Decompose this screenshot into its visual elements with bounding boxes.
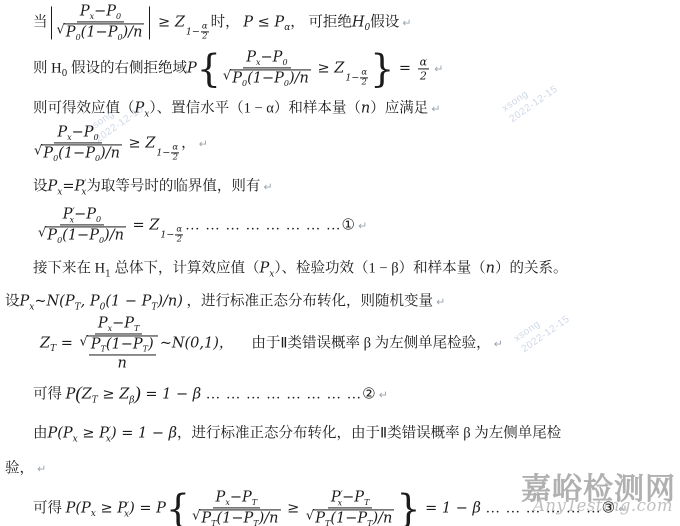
square-root: √P0(1−P0)/n	[38, 227, 126, 246]
document-page: xsong2022-12-15 xsong2022-12-15 xsong202…	[0, 0, 680, 526]
right-brace: }	[396, 486, 420, 526]
tiny-den: 2	[173, 153, 178, 162]
math-token: P	[47, 228, 57, 244]
denominator: √PT(1−PT)/n	[306, 509, 394, 526]
math-token: )/n	[104, 228, 124, 244]
text-line-5: 设Px=P′x为取等号时的临界值，则有↵	[33, 175, 273, 198]
text-line-11: 由P(Px ≥ P′x) = 1 − β，进行标准正态分布转化，由于Ⅱ类错误概率…	[33, 422, 561, 445]
math-token: (1−P	[330, 511, 367, 526]
tiny-den: 2	[177, 235, 182, 244]
math-token: P	[232, 71, 242, 87]
math-token: )/n	[100, 146, 120, 162]
formula-line-6: P′x−P0√P0(1−P0)/n = Z1−α2… … … … … … … ……	[36, 206, 367, 245]
denominator: √PT(1−PT)/n	[192, 509, 280, 526]
return-mark-icon: ↵	[379, 389, 388, 402]
radicand: PT(1−PT)n	[87, 336, 158, 373]
h-symbol: H	[352, 14, 365, 30]
text-hypothesis: 假设	[370, 14, 399, 30]
dot-leader: … … … … … … … …	[206, 387, 362, 403]
alpha-half-fraction: α2	[418, 55, 429, 82]
text: 可得	[33, 387, 66, 403]
square-root: √P0(1−P0)/n	[57, 24, 145, 43]
math-token: −P	[261, 49, 283, 65]
inner-numerator: PT(1−PT)	[89, 337, 156, 356]
left-paren: (	[75, 383, 81, 404]
dot-leader: … … … … … …	[485, 500, 601, 516]
math-token: )/n	[289, 71, 309, 87]
math-token: P(P	[48, 426, 73, 442]
z-subscript: 1−α2	[186, 22, 209, 42]
math-token: )/n	[372, 511, 392, 526]
math-token: ~N(0,1)，	[160, 335, 234, 351]
geq-sign: ≥	[98, 387, 119, 403]
return-mark-icon: ↵	[402, 16, 411, 29]
text: 为取等号时的临界值，则有	[86, 179, 260, 195]
text: 可得	[33, 500, 66, 516]
fraction-zt: Px−PT√PT(1−PT)n	[79, 315, 157, 372]
equation-number-2: ②	[362, 385, 375, 403]
math-sub: 0	[116, 12, 121, 21]
numerator: Px−P0	[54, 124, 101, 143]
p-alpha: P	[274, 14, 284, 30]
math-token: −P	[230, 489, 252, 505]
dot-leader: … … … … … … … …	[185, 217, 341, 233]
formula-line-4: Px−P0√P0(1−P0)/n ≥ Z1−α2，↵	[32, 124, 208, 163]
math-token: P	[66, 25, 76, 41]
math-token: P	[43, 146, 53, 162]
radicand: PT(1−PT)/n	[313, 510, 394, 526]
fraction-xt: Px−PT√PT(1−PT)/n	[192, 489, 280, 526]
square-root: √P0(1−P0)/n	[34, 145, 122, 164]
math-token: (1−P	[217, 511, 254, 526]
formula-line-13: 可得 P(Px ≥ P′x) = P{Px−PT√PT(1−PT)/n ≥ P′…	[33, 489, 627, 526]
numerator: P′x−PT	[328, 489, 373, 508]
square-root: √PT(1−PT)n	[79, 336, 157, 373]
text: ）应满足	[370, 101, 428, 117]
text: 假设的右侧拒绝域	[67, 60, 187, 76]
formula-line-2: 则 H0 假设的右侧拒绝域P{Px−P0√P0(1−P0)/n ≥ Z1−α2}…	[33, 49, 443, 88]
square-root: √PT(1−PT)/n	[306, 510, 394, 526]
z-subscript: 1−α2	[156, 143, 179, 163]
equation-number-3: ③	[602, 498, 615, 516]
math-sub: 0	[96, 215, 101, 224]
eq-sign: =	[128, 217, 149, 233]
comma: ，	[181, 135, 196, 151]
sub-pre: 1−	[186, 26, 200, 37]
sub-pre: 1−	[160, 229, 174, 240]
text: 总体下，计算效应值（	[111, 261, 260, 277]
formula-line-9: ZT = Px−PT√PT(1−PT)n~N(0,1)，由于Ⅱ类错误概率 β 为…	[40, 315, 503, 372]
math-token: ~N(P	[34, 294, 74, 310]
math-token: P	[201, 511, 211, 526]
text: 则 H	[33, 60, 62, 76]
math-token: −P	[72, 124, 94, 140]
text: ）、置信水平（1 − α）和样本量（	[149, 101, 361, 117]
fraction-xt-prime: P′x−PT√PT(1−PT)/n	[306, 489, 394, 526]
math-token: −P	[74, 206, 96, 222]
return-mark-icon: ↵	[358, 219, 367, 232]
sub-pre: 1−	[345, 72, 359, 83]
math-token: −P	[342, 489, 364, 505]
math-token: P	[246, 49, 256, 65]
tiny-fraction: α2	[175, 225, 183, 245]
math-token: P	[80, 3, 90, 19]
math-token: P	[315, 511, 325, 526]
leq-sign: ≤	[253, 14, 274, 30]
right-paren: )	[134, 383, 140, 404]
math-token: (1−P	[247, 71, 284, 87]
return-mark-icon: ↵	[436, 296, 445, 309]
p-symbol: P	[187, 60, 197, 76]
radicand: P0(1−P0)/n	[45, 227, 126, 246]
math-token: ≥ P	[96, 500, 127, 516]
geq-sign: ≥	[313, 60, 334, 76]
math-token: P	[98, 315, 108, 331]
left-brace: {	[166, 486, 190, 526]
z-subscript: 1−α2	[160, 225, 183, 245]
return-mark-icon: ↵	[199, 137, 208, 150]
denominator: √P0(1−P0)/n	[57, 23, 145, 43]
math-token: )/n	[259, 511, 279, 526]
geq-sign: ≥	[283, 500, 304, 516]
z-symbol: Z	[175, 14, 185, 30]
eq-sign: =	[56, 335, 77, 351]
formula-line-10: 可得 P(ZT ≥ Zβ) = 1 − β … … … … … … … …②↵	[33, 383, 388, 406]
math-token: −P	[112, 315, 134, 331]
denominator: √P0(1−P0)/n	[34, 144, 122, 164]
z-symbol: Z	[145, 135, 155, 151]
z-symbol: Z	[149, 217, 159, 233]
text: 验，	[5, 461, 34, 477]
text-dang: 当	[33, 14, 48, 30]
text: 设	[5, 294, 20, 310]
p-symbol: P	[243, 14, 253, 30]
text-reject: ， 可拒绝	[290, 14, 352, 30]
geq-sign: ≥	[153, 14, 174, 30]
math-token: P	[57, 124, 67, 140]
tiny-fraction: α2	[171, 143, 179, 163]
z-symbol: Z	[82, 387, 92, 403]
numerator: Px−P0	[77, 3, 124, 22]
numerator: Px−PT	[213, 489, 261, 508]
tiny-fraction: α2	[360, 68, 368, 88]
numerator: Px−P0	[243, 49, 290, 68]
return-mark-icon: ↵	[618, 502, 627, 515]
math-sub: T	[364, 498, 369, 507]
n-symbol: n	[486, 261, 495, 277]
math-sub: T	[134, 324, 139, 333]
text: ，进行标准正态分布转化，则随机变量	[183, 294, 433, 310]
equation-number-1: ①	[342, 215, 355, 233]
math-sub: 0	[282, 58, 287, 67]
text: 由	[33, 426, 48, 442]
watermark-stamp-3: xsong2022-12-15	[512, 302, 573, 356]
text: 设	[33, 179, 48, 195]
left-brace: {	[197, 46, 221, 90]
text-line-8: 设Px~N(PT, P0(1 − PT)/n) ，进行标准正态分布转化，则随机变…	[5, 290, 445, 313]
p-symbol: P	[20, 294, 30, 310]
math-token: (1−P	[81, 25, 118, 41]
z-symbol: Z	[40, 335, 50, 351]
text: ，进行标准正态分布转化，由于Ⅱ类错误概率 β 为左侧单尾检	[177, 426, 561, 442]
math-token: −P	[94, 3, 116, 19]
math-token: ) = P	[129, 500, 166, 516]
inner-fraction: PT(1−PT)n	[89, 337, 156, 373]
math-token: , P	[81, 294, 100, 310]
math-token: = 1 − β	[141, 387, 206, 403]
text: 则可得效应值（	[33, 101, 135, 117]
radicand: PT(1−PT)/n	[199, 510, 280, 526]
p-symbol: P	[135, 101, 145, 117]
math-token: = 1 − β	[421, 500, 486, 516]
math-token: (1 − P	[105, 294, 151, 310]
geq-sign: ≥	[124, 135, 145, 151]
math-token: ) = 1 − β	[111, 426, 177, 442]
return-mark-icon: ↵	[37, 463, 46, 476]
math-sub: T	[252, 498, 257, 507]
numerator: α	[418, 55, 429, 69]
math-sub: 0	[94, 133, 99, 142]
square-root: √PT(1−PT)/n	[192, 510, 280, 526]
math-token: P	[91, 337, 101, 353]
text: ）的关系。	[495, 261, 568, 277]
return-mark-icon: ↵	[263, 181, 272, 194]
n-symbol: n	[361, 101, 370, 117]
text-line-7: 接下来在 H1 总体下，计算效应值（Px）、检验功效（1 − β）和样本量（n）…	[33, 257, 567, 280]
math-token: (1−P	[106, 337, 143, 353]
radicand: P0(1−P0)/n	[230, 70, 311, 89]
math-token: )/n)	[157, 294, 183, 310]
z-subscript: 1−α2	[345, 68, 368, 88]
text-line-3: 则可得效应值（Px）、置信水平（1 − α）和样本量（n）应满足↵	[33, 97, 440, 120]
inner-denominator: n	[118, 355, 127, 372]
math-token: P	[216, 489, 226, 505]
denominator: √P0(1−P0)/n	[38, 226, 126, 246]
radicand: P0(1−P0)/n	[41, 145, 122, 164]
eq-sign: =	[394, 60, 415, 76]
math-token: (1−P	[62, 228, 99, 244]
formula-line-1: 当Px−P0√P0(1−P0)/n ≥ Z1−α2时， P ≤ Pα， 可拒绝H…	[33, 3, 412, 42]
denominator: 2	[420, 70, 427, 83]
numerator: Px−PT	[95, 315, 143, 334]
tiny-den: 2	[202, 32, 207, 41]
z-symbol: Z	[334, 60, 344, 76]
denominator: √PT(1−PT)n	[79, 335, 157, 373]
eq-sign: =	[62, 179, 74, 195]
sub-pre: 1−	[156, 147, 170, 158]
math-token: P(P	[66, 500, 91, 516]
fraction-x0-prime: P′x−P0√P0(1−P0)/n	[38, 206, 126, 245]
watermark-stamp-2: xsong2022-12-15	[500, 72, 561, 126]
radicand: P0(1−P0)/n	[64, 24, 145, 43]
fraction-x0: Px−P0√P0(1−P0)/n	[34, 124, 122, 163]
abs-bar-left	[51, 7, 52, 40]
return-mark-icon: ↵	[431, 103, 440, 116]
tiny-fraction: α2	[201, 22, 209, 42]
fraction-x0: Px−P0√P0(1−P0)/n	[223, 49, 311, 88]
return-mark-icon: ↵	[434, 62, 443, 75]
text-shi: 时，	[211, 14, 244, 30]
right-brace: }	[370, 46, 394, 90]
math-token: )/n	[123, 25, 143, 41]
p-symbol: P	[66, 387, 76, 403]
text: 由于Ⅱ类错误概率 β 为左侧单尾检验，	[251, 335, 490, 351]
math-token: ≥ P	[78, 426, 109, 442]
tiny-den: 2	[361, 78, 366, 87]
text-line-12: 验，↵	[5, 457, 46, 478]
fraction-x0: Px−P0√P0(1−P0)/n	[57, 3, 145, 42]
numerator: P′x−P0	[60, 206, 104, 225]
math-token: (1−P	[58, 146, 95, 162]
abs-bar-right	[149, 7, 150, 40]
p-symbol: P	[48, 179, 58, 195]
text: 接下来在 H	[33, 261, 105, 277]
text: ）、检验功效（1 − β）和样本量（	[274, 261, 485, 277]
return-mark-icon: ↵	[494, 337, 503, 350]
math-token: )	[148, 337, 154, 353]
p-symbol: P	[259, 261, 269, 277]
square-root: √P0(1−P0)/n	[223, 70, 311, 89]
denominator: √P0(1−P0)/n	[223, 69, 311, 89]
z-symbol: Z	[119, 387, 129, 403]
